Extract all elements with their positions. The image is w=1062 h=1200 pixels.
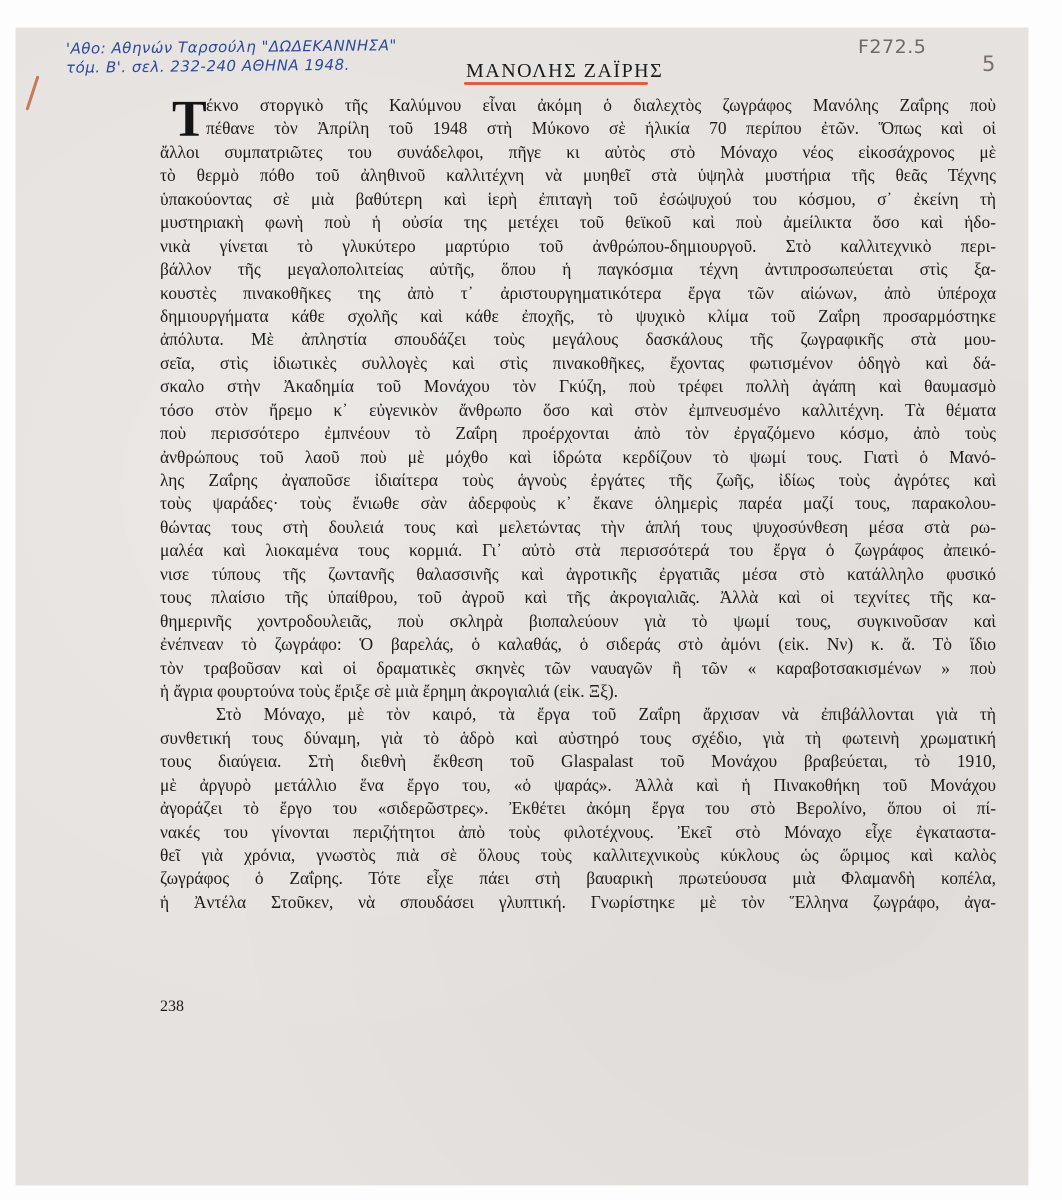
text-line: τοὺς ψαράδες· τοὺς ἔνιωθε σὰν ἀδερφοὺς κ…: [160, 492, 996, 515]
text-line: ἀνθρώπους τοῦ λαοῦ ποὺ μὲ μόχθο καὶ ἱδρώ…: [160, 446, 996, 469]
text-line: ζωγράφος ὁ Ζαΐρης. Τότε εἶχε πάει στὴ βα…: [160, 867, 996, 890]
handwritten-note-line-2: τόμ. Β'. σελ. 232-240 ΑΘΗΝΑ 1948.: [66, 55, 397, 77]
text-line: Στὸ Μόναχο, μὲ τὸν καιρό, τὰ ἔργα τοῦ Ζα…: [160, 703, 996, 726]
text-line: μὲ ἀργυρὸ μετάλλιο ἕνα ἔργο του, «ὁ ψαρά…: [160, 774, 996, 797]
text-line: κουστὲς πινακοθῆκες της ἀπὸ τ᾿ ἀριστουργ…: [160, 282, 996, 305]
text-line: τους διαύγεια. Στὴ διεθνὴ ἔκθεση τοῦ Gla…: [160, 750, 996, 773]
text-line: λης Ζαΐρης ἀγαποῦσε ἰδιαίτερα τοὺς ἁγνοὺ…: [160, 469, 996, 492]
text-line: σκαλο στὴν Ἀκαδημία τοῦ Μονάχου τὸν Γκύζ…: [160, 375, 996, 398]
paragraph-2: Στὸ Μόναχο, μὲ τὸν καιρό, τὰ ἔργα τοῦ Ζα…: [160, 703, 996, 914]
page-number: 238: [160, 998, 184, 1016]
text-line: τόσο στὸν ἤρεμο κ᾿ εὐγενικὸν ἄνθρωπο ὅσο…: [160, 399, 996, 422]
title-red-underline: [464, 82, 648, 85]
text-line: μαλέα καὶ λιοκαμένα τους κορμιά. Γι᾿ αὐτ…: [160, 539, 996, 562]
pencil-reference-code: F272.5: [858, 36, 926, 58]
text-line: δημιουργήματα κάθε σχολῆς καὶ κάθε ἐποχῆ…: [160, 305, 996, 328]
text-line: νακές του γίνονται περιζήτητοι ἀπὸ τοὺς …: [160, 821, 996, 844]
text-line: βάλλον τῆς μεγαλοπολιτείας αὐτῆς, ὅπου ἡ…: [160, 258, 996, 281]
text-line: ἄλλοι συμπατριῶτες του συνάδελφοι, πῆγε …: [160, 141, 996, 164]
text-line: πέθανε τὸν Ἀπρίλη τοῦ 1948 στὴ Μύκονο σὲ…: [160, 117, 996, 140]
text-line: τους πλαίσιο τῆς ὑπαίθρου, τοῦ ἀγροῦ καὶ…: [160, 586, 996, 609]
text-line: ἐνέπνεαν τὸ ζωγράφο: Ὁ βαρελάς, ὁ καλαθά…: [160, 633, 996, 656]
text-line: θώντας τους στὴ δουλειά τους καὶ μελετών…: [160, 516, 996, 539]
text-line: νισε τύπους τῆς ζωντανῆς θαλασσινῆς καὶ …: [160, 563, 996, 586]
text-line: ἡ ἄγρια φουρτούνα τοὺς ἔριξε σὲ μιὰ ἔρημ…: [160, 680, 996, 703]
article-title: ΜΑΝΟΛΗΣ ΖΑΪΡΗΣ: [466, 60, 663, 83]
text-line: ποὺ περισσότερο ἐμπνέουν τὸ Ζαΐρη προέρχ…: [160, 422, 996, 445]
text-line: έκνο στοργικὸ τῆς Καλύμνου εἶναι ἀκόμη ὁ…: [160, 94, 996, 117]
text-line: μυστηριακὴ φωνὴ ποὺ ἡ οὐσία της μετέχει …: [160, 211, 996, 234]
text-line: θεῖ γιὰ χρόνια, γνωστὸς πιὰ σὲ ὅλους τοὺ…: [160, 844, 996, 867]
text-line: σεῖα, στὶς ἰδιωτικὲς συλλογὲς καὶ στὶς π…: [160, 352, 996, 375]
text-line: ἡ Ἀντέλα Στοῦκεν, νὰ σπουδάσει γλυπτική.…: [160, 891, 996, 914]
text-line: θημερινῆς χοντροδουλειᾶς, ποὺ σκληρὰ βιο…: [160, 610, 996, 633]
text-line: ἀπόλυτα. Μὲ ἀπληστία σπουδάζει τοὺς μεγά…: [160, 328, 996, 351]
handwritten-source-note: 'Αθο: Αθηνών Ταρσούλη "ΔΩΔΕΚΑΝΝΗΣΑ" τόμ.…: [66, 36, 397, 77]
text-line: ὑπακούοντας σὲ μιὰ βαθύτερη καὶ ἱερὴ ἐπι…: [160, 188, 996, 211]
article-body: έκνο στοργικὸ τῆς Καλύμνου εἶναι ἀκόμη ὁ…: [160, 94, 996, 914]
text-line: συνθετική τους δύναμη, γιὰ τὸ ἁδρὸ καὶ α…: [160, 727, 996, 750]
text-line: τὸν τραβοῦσαν καὶ οἱ δραματικὲς σκηνὲς τ…: [160, 657, 996, 680]
pencil-page-mark: 5: [982, 52, 995, 76]
text-line: τὸ θερμὸ πόθο τοῦ ἀληθινοῦ καλλιτέχνη νὰ…: [160, 164, 996, 187]
paragraph-1: έκνο στοργικὸ τῆς Καλύμνου εἶναι ἀκόμη ὁ…: [160, 94, 996, 703]
text-line: νικὰ γίνεται τὸ γλυκύτερο μαρτύριο τοῦ ἀ…: [160, 235, 996, 258]
text-line: ἀγοράζει τὸ ἔργο του «σιδερῶστρες». Ἐκθέ…: [160, 797, 996, 820]
